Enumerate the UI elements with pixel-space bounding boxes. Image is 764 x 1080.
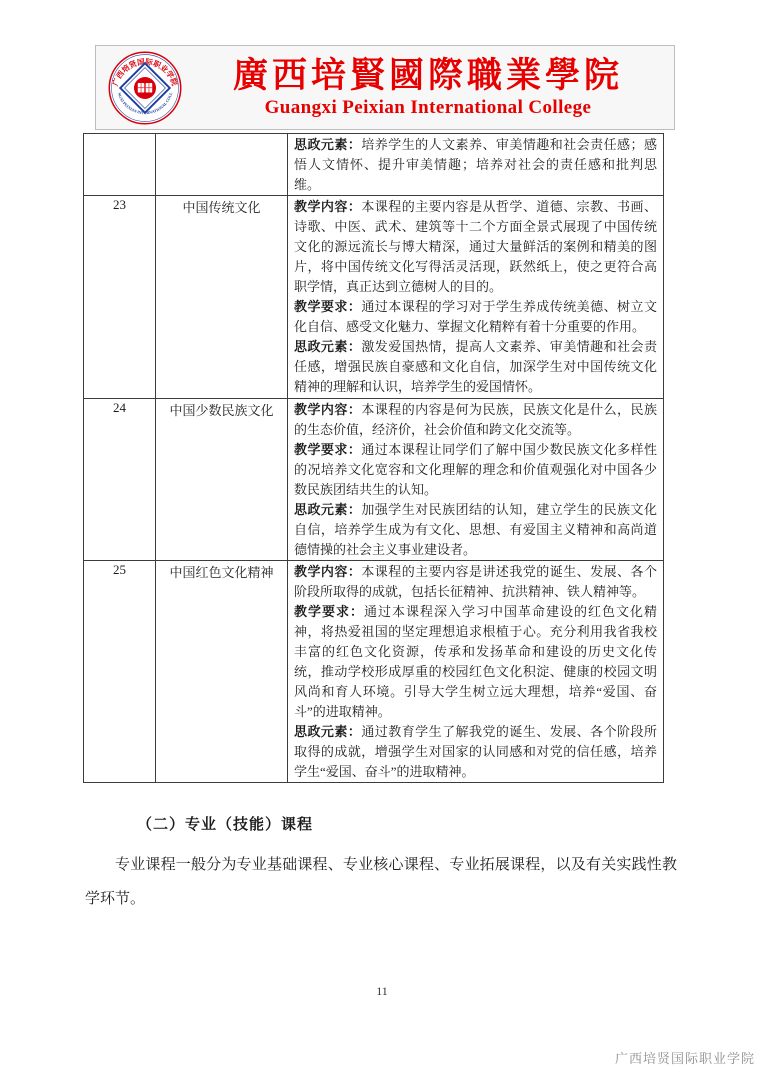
section-label: 思政元素：: [294, 137, 361, 152]
page-number: 11: [0, 984, 764, 999]
college-header: 广西培贤国际职业学院 GUANGXI PEIXIAN INTERNATIONAL…: [95, 45, 675, 130]
section-label: 思政元素：: [294, 339, 361, 354]
section-text: 通过本课程深入学习中国革命建设的红色文化精神，将热爱祖国的坚定理想追求根植于心。…: [294, 604, 657, 719]
course-section: 教学要求：通过本课程让同学们了解中国少数民族文化多样性的况培养文化宽容和文化理解…: [294, 440, 657, 500]
body-paragraph: 专业课程一般分为专业基础课程、专业核心课程、专业拓展课程，以及有关实践性教学环节…: [85, 848, 677, 916]
row-number-cell: 24: [84, 399, 156, 561]
course-section: 思政元素：加强学生对民族团结的认知，建立学生的民族文化自信，培养学生成为有文化、…: [294, 500, 657, 560]
row-number-cell: [84, 134, 156, 196]
course-section: 教学要求：通过本课程的学习对于学生养成传统美德、树立文化自信、感受文化魅力、掌握…: [294, 297, 657, 337]
course-name-cell: [156, 134, 288, 196]
course-name-cell: 中国少数民族文化: [156, 399, 288, 561]
footer-watermark: 广西培贤国际职业学院: [615, 1048, 755, 1067]
course-name-cell: 中国红色文化精神: [156, 561, 288, 783]
college-logo-icon: 广西培贤国际职业学院 GUANGXI PEIXIAN INTERNATIONAL…: [100, 50, 190, 126]
table-row: 24 中国少数民族文化 教学内容：本课程的内容是何为民族，民族文化是什么，民族的…: [84, 399, 664, 561]
college-titles: 廣西培賢國際職業學院 Guangxi Peixian International…: [190, 58, 666, 117]
course-desc-cell: 思政元素：培养学生的人文素养、审美情趣和社会责任感；感悟人文情怀、提升审美情趣；…: [288, 134, 664, 196]
course-section: 教学要求：通过本课程深入学习中国革命建设的红色文化精神，将热爱祖国的坚定理想追求…: [294, 602, 657, 722]
document-page: { "header": { "title_zh": "廣西培賢國際職業學院", …: [0, 0, 764, 1080]
course-table: 思政元素：培养学生的人文素养、审美情趣和社会责任感；感悟人文情怀、提升审美情趣；…: [83, 133, 664, 783]
section-label: 思政元素：: [294, 724, 361, 739]
course-name-cell: 中国传统文化: [156, 196, 288, 399]
course-section: 思政元素：培养学生的人文素养、审美情趣和社会责任感；感悟人文情怀、提升审美情趣；…: [294, 135, 657, 195]
section-label: 教学内容：: [294, 402, 361, 417]
course-section: 思政元素：通过教育学生了解我党的诞生、发展、各个阶段所取得的成就，增强学生对国家…: [294, 722, 657, 782]
section-heading: （二）专业（技能）课程: [85, 813, 677, 834]
table-row: 25 中国红色文化精神 教学内容：本课程的主要内容是讲述我党的诞生、发展、各个阶…: [84, 561, 664, 783]
section-label: 教学要求：: [294, 442, 361, 457]
course-section: 教学内容：本课程的主要内容是讲述我党的诞生、发展、各个阶段所取得的成就，包括长征…: [294, 562, 657, 602]
body-section: （二）专业（技能）课程 专业课程一般分为专业基础课程、专业核心课程、专业拓展课程…: [85, 813, 677, 916]
course-desc-cell: 教学内容：本课程的内容是何为民族，民族文化是什么，民族的生态价值，经济价，社会价…: [288, 399, 664, 561]
section-label: 思政元素：: [294, 502, 361, 517]
section-label: 教学内容：: [294, 199, 361, 214]
course-desc-cell: 教学内容：本课程的主要内容是讲述我党的诞生、发展、各个阶段所取得的成就，包括长征…: [288, 561, 664, 783]
college-name-en: Guangxi Peixian International College: [190, 98, 666, 117]
section-label: 教学内容：: [294, 564, 361, 579]
course-section: 教学内容：本课程的主要内容是从哲学、道德、宗教、书画、诗歌、中医、武术、建筑等十…: [294, 197, 657, 297]
table-row: 思政元素：培养学生的人文素养、审美情趣和社会责任感；感悟人文情怀、提升审美情趣；…: [84, 134, 664, 196]
row-number-cell: 23: [84, 196, 156, 399]
row-number-cell: 25: [84, 561, 156, 783]
section-label: 教学要求：: [294, 299, 361, 314]
course-desc-cell: 教学内容：本课程的主要内容是从哲学、道德、宗教、书画、诗歌、中医、武术、建筑等十…: [288, 196, 664, 399]
table-row: 23 中国传统文化 教学内容：本课程的主要内容是从哲学、道德、宗教、书画、诗歌、…: [84, 196, 664, 399]
college-name-zh: 廣西培賢國際職業學院: [190, 58, 666, 95]
course-section: 教学内容：本课程的内容是何为民族，民族文化是什么，民族的生态价值，经济价，社会价…: [294, 400, 657, 440]
section-label: 教学要求：: [294, 604, 364, 619]
course-section: 思政元素：激发爱国热情，提高人文素养、审美情趣和社会责任感，增强民族自豪感和文化…: [294, 337, 657, 397]
